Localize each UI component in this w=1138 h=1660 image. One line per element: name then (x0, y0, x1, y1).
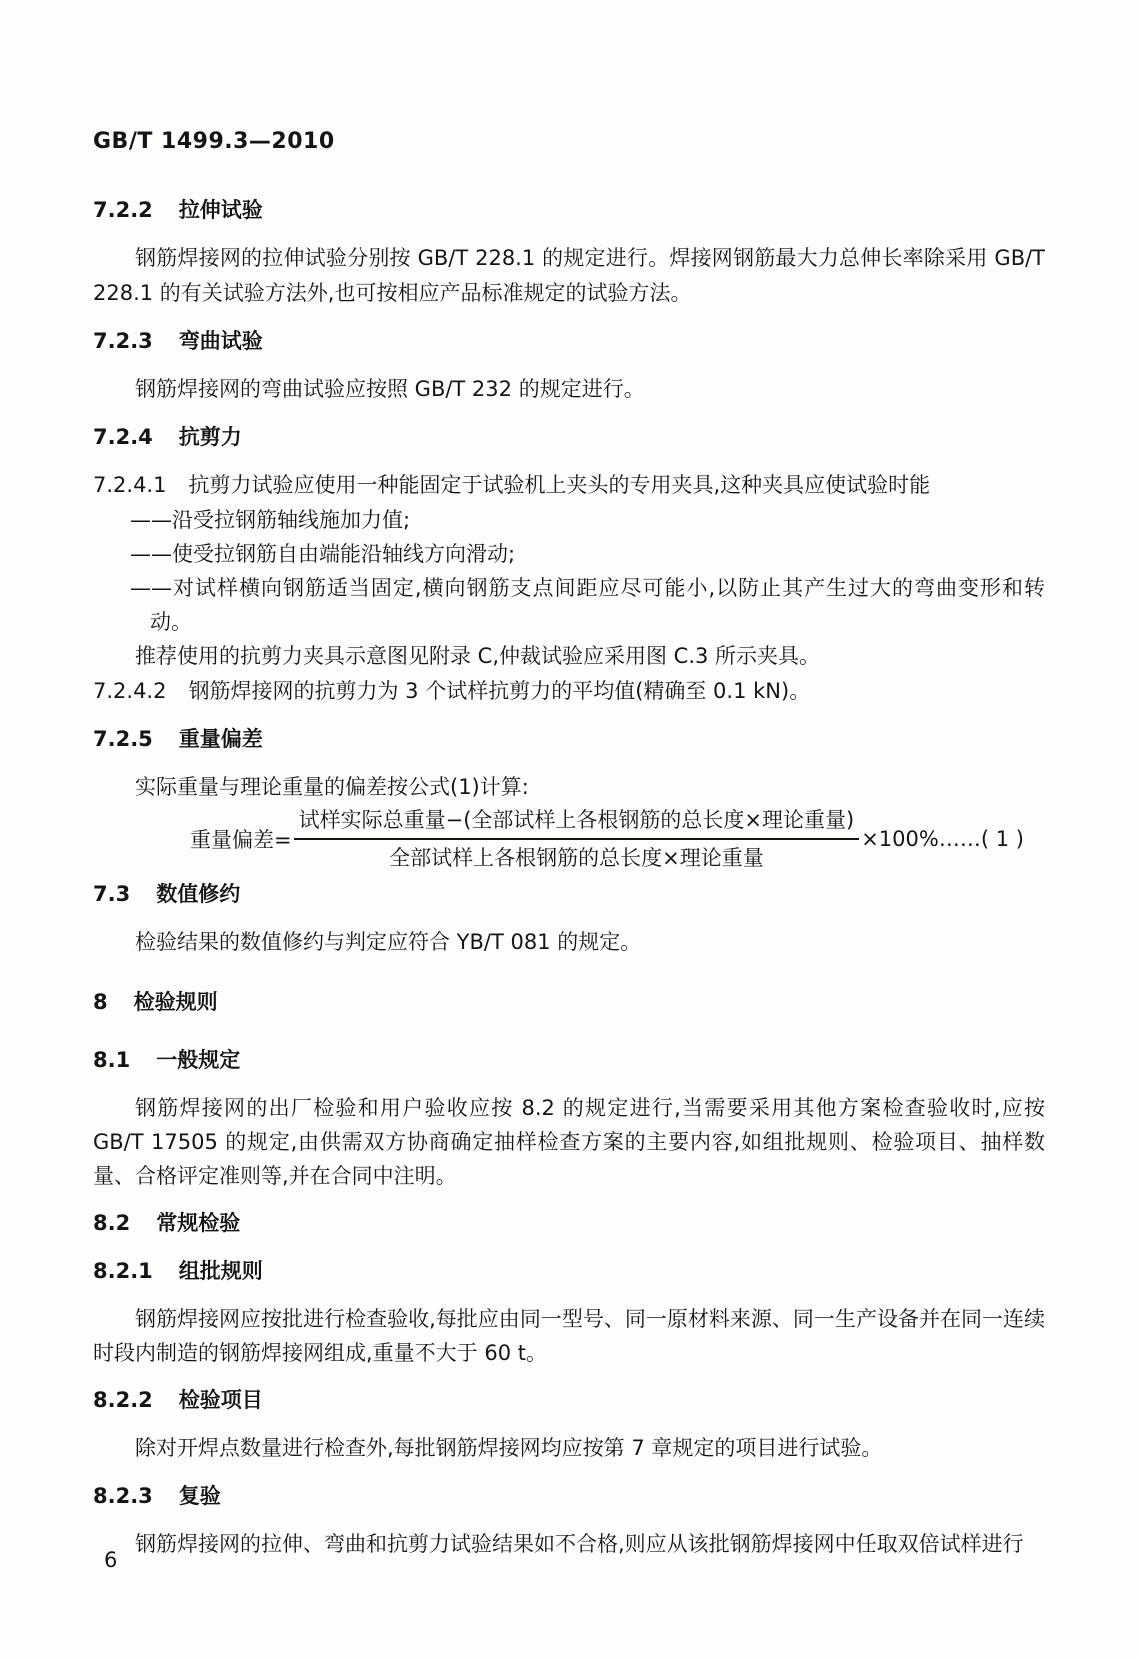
clause-number: 7.2.4.1 (93, 473, 166, 497)
para-tensile-test: 钢筋焊接网的拉伸试验分别按 GB/T 228.1 的规定进行。焊接网钢筋最大力总… (93, 241, 1045, 311)
heading-8: 8 检验规则 (93, 985, 1045, 1020)
heading-title: 一般规定 (156, 1043, 240, 1078)
page-number: 6 (104, 1548, 117, 1572)
heading-8-2-3: 8.2.3 复验 (93, 1479, 1045, 1514)
heading-number: 7.2.2 (93, 193, 153, 228)
formula-label: 重量偏差= (190, 824, 292, 854)
heading-title: 常规检验 (156, 1206, 240, 1241)
heading-7-2-4: 7.2.4 抗剪力 (93, 420, 1045, 455)
para-weight-deviation-intro: 实际重量与理论重量的偏差按公式(1)计算: (93, 770, 1045, 805)
heading-8-1: 8.1 一般规定 (93, 1043, 1045, 1078)
heading-title: 抗剪力 (179, 420, 242, 455)
heading-title: 复验 (179, 1479, 221, 1514)
dash-item-free-end-slide: ——使受拉钢筋自由端能沿轴线方向滑动; (93, 537, 1045, 571)
heading-title: 检验项目 (179, 1383, 263, 1418)
document-page: GB/T 1499.3—2010 7.2.2 拉伸试验 钢筋焊接网的拉伸试验分别… (0, 0, 1138, 1660)
heading-8-2-1: 8.2.1 组批规则 (93, 1254, 1045, 1289)
heading-title: 数值修约 (156, 877, 240, 912)
heading-title: 组批规则 (179, 1254, 263, 1289)
para-numerical-rounding: 检验结果的数值修约与判定应符合 YB/T 081 的规定。 (93, 925, 1045, 960)
para-7-2-4-2: 7.2.4.2钢筋焊接网的抗剪力为 3 个试样抗剪力的平均值(精确至 0.1 k… (93, 674, 1045, 709)
heading-title: 弯曲试验 (179, 324, 263, 359)
heading-7-2-2: 7.2.2 拉伸试验 (93, 193, 1045, 228)
dash-item-apply-force: ——沿受拉钢筋轴线施加力值; (93, 503, 1045, 537)
heading-8-2-2: 8.2.2 检验项目 (93, 1383, 1045, 1418)
formula-suffix: ×100%……( 1 ) (861, 827, 1024, 851)
para-retest: 钢筋焊接网的拉伸、弯曲和抗剪力试验结果如不合格,则应从该批钢筋焊接网中任取双倍试… (93, 1527, 1045, 1562)
heading-title: 拉伸试验 (179, 193, 263, 228)
para-bend-test: 钢筋焊接网的弯曲试验应按照 GB/T 232 的规定进行。 (93, 372, 1045, 407)
heading-7-3: 7.3 数值修约 (93, 877, 1045, 912)
para-inspection-items: 除对开焊点数量进行检查外,每批钢筋焊接网均应按第 7 章规定的项目进行试验。 (93, 1431, 1045, 1466)
clause-text: 钢筋焊接网的抗剪力为 3 个试样抗剪力的平均值(精确至 0.1 kN)。 (188, 679, 810, 703)
para-recommended-fixture: 推荐使用的抗剪力夹具示意图见附录 C,仲裁试验应采用图 C.3 所示夹具。 (93, 639, 1045, 674)
heading-number: 8.2 (93, 1206, 130, 1241)
heading-number: 8.2.2 (93, 1383, 153, 1418)
fraction-denominator: 全部试样上各根钢筋的总长度×理论重量 (294, 840, 860, 873)
heading-number: 7.2.5 (93, 722, 153, 757)
para-7-2-4-1: 7.2.4.1抗剪力试验应使用一种能固定于试验机上夹头的专用夹具,这种夹具应使试… (93, 468, 1045, 503)
heading-7-2-5: 7.2.5 重量偏差 (93, 722, 1045, 757)
para-general-rules: 钢筋焊接网的出厂检验和用户验收应按 8.2 的规定进行,当需要采用其他方案检查验… (93, 1091, 1045, 1193)
heading-number: 8 (93, 985, 108, 1020)
formula-weight-deviation: 重量偏差= 试样实际总重量−(全部试样上各根钢筋的总长度×理论重量) 全部试样上… (190, 805, 1045, 873)
heading-number: 8.2.1 (93, 1254, 153, 1289)
doc-number-header: GB/T 1499.3—2010 (93, 124, 1045, 159)
heading-8-2: 8.2 常规检验 (93, 1206, 1045, 1241)
para-batch-rules: 钢筋焊接网应按批进行检查验收,每批应由同一型号、同一原材料来源、同一生产设备并在… (93, 1302, 1045, 1370)
heading-7-2-3: 7.2.3 弯曲试验 (93, 324, 1045, 359)
fraction-numerator: 试样实际总重量−(全部试样上各根钢筋的总长度×理论重量) (294, 805, 860, 840)
heading-number: 7.2.3 (93, 324, 153, 359)
heading-title: 检验规则 (134, 985, 218, 1020)
dash-item-fix-transverse-bar: ——对试样横向钢筋适当固定,横向钢筋支点间距应尽可能小,以防止其产生过大的弯曲变… (93, 571, 1045, 639)
heading-title: 重量偏差 (179, 722, 263, 757)
heading-number: 8.1 (93, 1043, 130, 1078)
heading-number: 7.3 (93, 877, 130, 912)
heading-number: 7.2.4 (93, 420, 153, 455)
clause-text: 抗剪力试验应使用一种能固定于试验机上夹头的专用夹具,这种夹具应使试验时能 (188, 473, 930, 497)
clause-number: 7.2.4.2 (93, 679, 166, 703)
formula-fraction: 试样实际总重量−(全部试样上各根钢筋的总长度×理论重量) 全部试样上各根钢筋的总… (294, 805, 860, 873)
heading-number: 8.2.3 (93, 1479, 153, 1514)
